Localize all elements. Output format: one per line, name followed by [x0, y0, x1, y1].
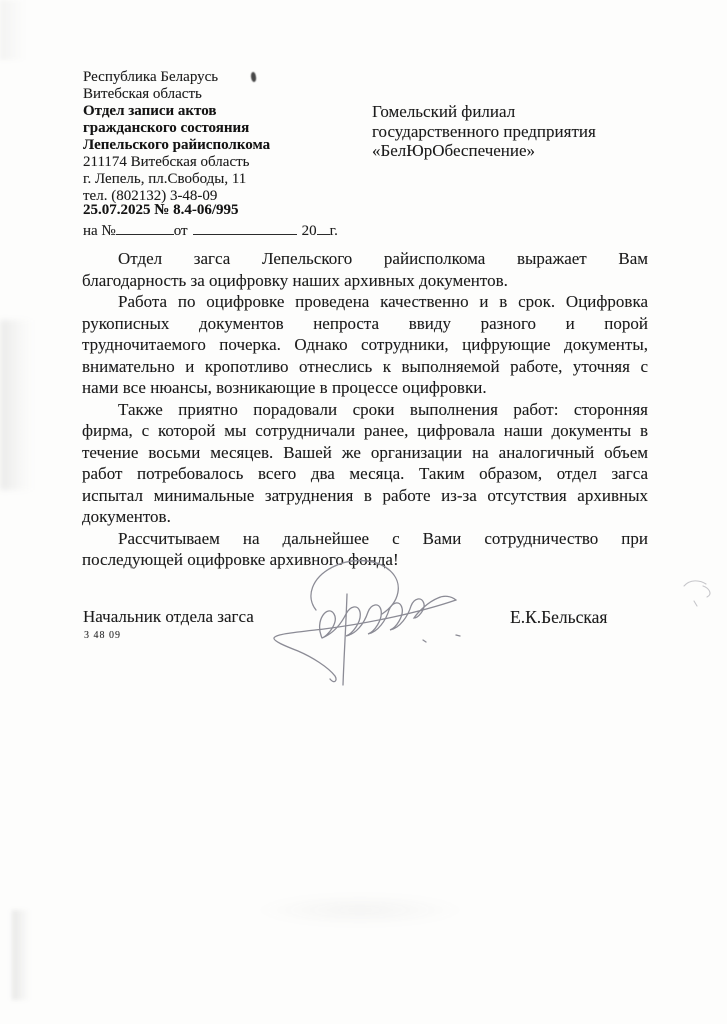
- reply-year: 20: [302, 223, 317, 239]
- recipient-line: «БелЮрОбеспечение»: [372, 141, 682, 161]
- scan-smudge: [0, 0, 26, 60]
- signature-sweep-stroke: [274, 600, 456, 682]
- body-line: Рассчитываем на дальнейшее с Вами сотруд…: [82, 528, 648, 550]
- reply-reference-line: на №от20г.: [83, 221, 338, 240]
- sender-line: Витебская область: [83, 86, 363, 103]
- scan-smudge: [255, 893, 465, 927]
- sender-org-line: Отдел записи актов: [83, 103, 363, 120]
- signature-loops-stroke: [320, 596, 456, 638]
- sender-org-line: гражданского состояния: [83, 120, 363, 137]
- scan-smudge: [12, 910, 30, 1000]
- body-line: испытал минимальные затруднения в работе…: [82, 485, 648, 507]
- body-line: документов.: [82, 506, 648, 528]
- body-line: трудночитаемого почерка. Однако сотрудни…: [82, 334, 648, 356]
- letter-body: Отдел загса Лепельского райисполкома выр…: [82, 248, 648, 571]
- body-line: Также приятно порадовали сроки выполнени…: [82, 399, 648, 421]
- recipient-line: Гомельский филиал: [372, 102, 682, 122]
- reply-year-suffix: г.: [330, 223, 338, 239]
- signer-name: Е.К.Бельская: [510, 607, 607, 628]
- scanned-letter-page: Республика Беларусь Витебская область От…: [0, 0, 727, 1024]
- sender-address-block: Республика Беларусь Витебская область От…: [83, 69, 363, 205]
- handwritten-signature: [266, 550, 514, 738]
- body-line: Отдел загса Лепельского райисполкома выр…: [82, 248, 648, 270]
- reply-number-blank: [116, 221, 174, 235]
- reply-from-label: от: [174, 223, 188, 239]
- recipient-line: государственного предприятия: [372, 122, 682, 142]
- signer-position-title: Начальник отдела загса: [83, 607, 254, 627]
- signature-circle-stroke: [311, 561, 398, 614]
- body-line: течение восьми месяцев. Вашей же организ…: [82, 442, 648, 464]
- body-line: работ потребовалось всего два месяца. Та…: [82, 463, 648, 485]
- phone-note: 3 48 09: [84, 630, 121, 641]
- body-line: рукописных документов непроста ввиду раз…: [82, 313, 648, 335]
- sender-line: Республика Беларусь: [83, 69, 363, 86]
- body-line: фирма, с которой мы сотрудничали ранее, …: [82, 420, 648, 442]
- reply-prefix: на №: [83, 223, 116, 239]
- signature-tick: [456, 635, 460, 636]
- body-line: внимательно и кропотливо отнеслись к вып…: [82, 356, 648, 378]
- pencil-mark: [676, 572, 720, 612]
- sender-line: г. Лепель, пл.Свободы, 11: [83, 171, 363, 188]
- recipient-block: Гомельский филиал государственного предп…: [372, 102, 682, 161]
- sender-org-line: Лепельского райисполкома: [83, 137, 363, 154]
- signature-tick: [423, 640, 426, 642]
- signature-stem-stroke: [343, 594, 347, 685]
- outgoing-reference-number: 25.07.2025 № 8.4-06/995: [83, 202, 239, 219]
- reply-year-blank: [317, 221, 330, 235]
- reply-date-blank: [193, 221, 297, 235]
- sender-line: 211174 Витебская область: [83, 154, 363, 171]
- body-line: Работа по оцифровке проведена качественн…: [82, 291, 648, 313]
- scan-smudge: [0, 320, 34, 490]
- body-line: благодарность за оцифровку наших архивны…: [82, 270, 648, 292]
- body-line: нами все нюансы, возникающие в процессе …: [82, 377, 648, 399]
